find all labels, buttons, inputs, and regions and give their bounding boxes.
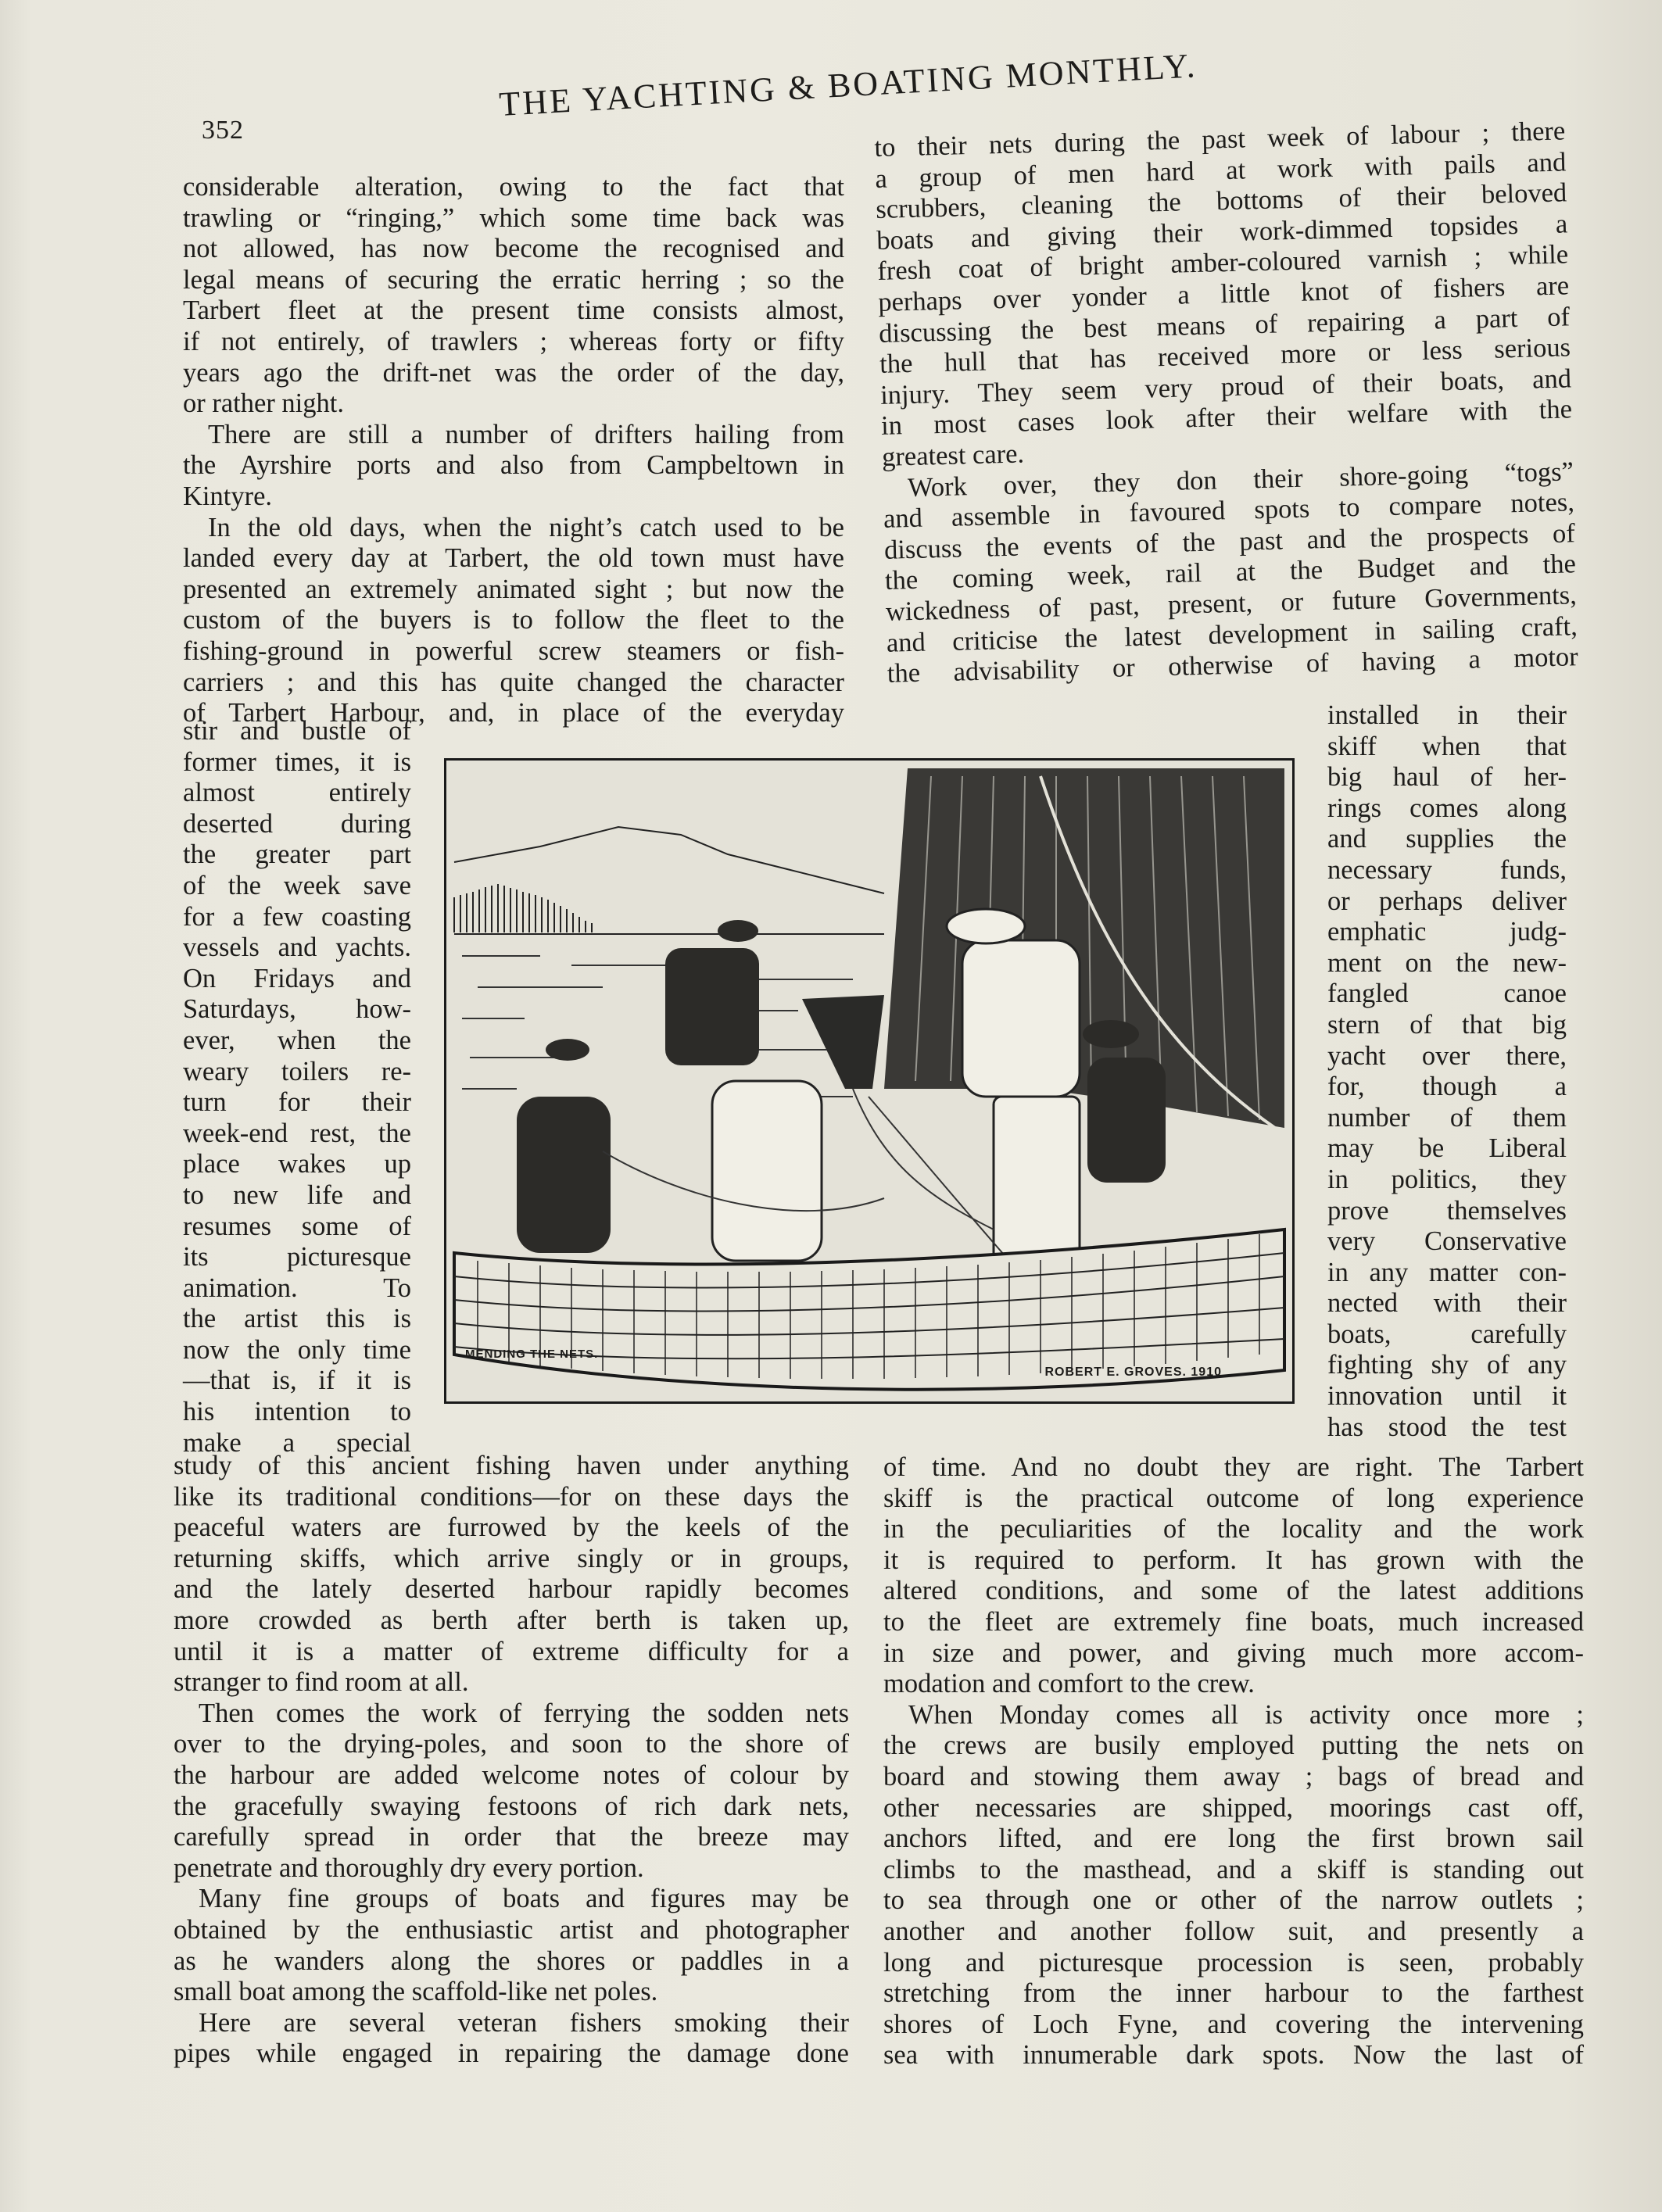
- text-line: the greater part: [183, 839, 411, 871]
- text-line: resumes some of: [183, 1212, 411, 1243]
- artist-signature: ROBERT E. GROVES. 1910: [1044, 1365, 1222, 1380]
- text-line: number of them: [1327, 1103, 1567, 1134]
- text-line: small boat among the scaffold-like net p…: [174, 1977, 849, 2008]
- text-line: penetrate and thoroughly dry every porti…: [174, 1853, 849, 1884]
- text-line: very Conservative: [1327, 1226, 1567, 1258]
- text-line: the gracefully swaying festoons of rich …: [174, 1791, 849, 1823]
- text-line: turn for their: [183, 1087, 411, 1119]
- text-line: may be Liberal: [1327, 1133, 1567, 1165]
- text-line: and the lately deserted harbour rapidly …: [174, 1574, 849, 1605]
- text-line: almost entirely: [183, 778, 411, 809]
- text-line: ment on the new-: [1327, 948, 1567, 979]
- text-line: for, though a: [1327, 1072, 1567, 1103]
- text-line: ever, when the: [183, 1025, 411, 1057]
- text-line: deserted during: [183, 809, 411, 840]
- boat-drawing-icon: [446, 761, 1292, 1401]
- text-line: the artist this is: [183, 1304, 411, 1335]
- text-line: anchors lifted, and ere long the first b…: [883, 1824, 1584, 1855]
- text-line: pipes while engaged in repairing the dam…: [174, 2038, 849, 2070]
- text-line: sea with innumerable dark spots. Now the…: [883, 2040, 1584, 2071]
- text-line: or rather night.: [183, 388, 844, 420]
- right-column-top: to their nets during the past week of la…: [874, 116, 1578, 689]
- text-line: carefully spread in order that the breez…: [174, 1822, 849, 1853]
- right-column-bottom: of time. And no doubt they are right. Th…: [883, 1452, 1584, 2071]
- right-column-wrap: installed in theirskiff when thatbig hau…: [1327, 700, 1567, 1443]
- text-line: stern of that big: [1327, 1010, 1567, 1041]
- text-line: of the week save: [183, 871, 411, 902]
- text-line: or perhaps deliver: [1327, 886, 1567, 918]
- left-column-wrap: stir and bustle offormer times, it isalm…: [183, 716, 411, 1459]
- text-line: custom of the buyers is to follow the fl…: [183, 605, 844, 636]
- text-line: There are still a number of drifters hai…: [183, 420, 844, 451]
- text-line: study of this ancient fishing haven unde…: [174, 1451, 849, 1482]
- text-line: returning skiffs, which arrive singly or…: [174, 1544, 849, 1575]
- text-line: in any matter con-: [1327, 1258, 1567, 1289]
- text-line: until it is a matter of extreme difficul…: [174, 1637, 849, 1668]
- text-line: Saturdays, how-: [183, 994, 411, 1025]
- text-line: fishing-ground in powerful screw steamer…: [183, 636, 844, 668]
- text-line: weary toilers re-: [183, 1057, 411, 1088]
- text-line: necessary funds,: [1327, 855, 1567, 886]
- text-line: other necessaries are shipped, moorings …: [883, 1793, 1584, 1824]
- text-line: long and picturesque procession is seen,…: [883, 1948, 1584, 1979]
- text-line: When Monday comes all is activity once m…: [883, 1700, 1584, 1731]
- text-line: board and stowing them away ; bags of br…: [883, 1762, 1584, 1793]
- text-line: rings comes along: [1327, 793, 1567, 825]
- text-line: legal means of securing the erratic herr…: [183, 265, 844, 296]
- illustration-caption: MENDING THE NETS.: [465, 1348, 598, 1361]
- text-line: if not entirely, of trawlers ; whereas f…: [183, 327, 844, 358]
- text-line: as he wanders along the shores or paddle…: [174, 1946, 849, 1978]
- text-line: place wakes up: [183, 1149, 411, 1180]
- text-line: In the old days, when the night’s catch …: [183, 513, 844, 544]
- text-line: former times, it is: [183, 747, 411, 778]
- text-line: Kintyre.: [183, 481, 844, 513]
- text-line: Here are several veteran fishers smoking…: [174, 2008, 849, 2039]
- text-line: week-end rest, the: [183, 1119, 411, 1150]
- text-line: climbs to the masthead, and a skiff is s…: [883, 1855, 1584, 1886]
- text-line: of time. And no doubt they are right. Th…: [883, 1452, 1584, 1484]
- text-line: animation. To: [183, 1273, 411, 1305]
- text-line: landed every day at Tarbert, the old tow…: [183, 543, 844, 574]
- magazine-page: 352 THE YACHTING & BOATING MONTHLY. cons…: [0, 0, 1662, 2212]
- text-line: peaceful waters are furrowed by the keel…: [174, 1512, 849, 1544]
- text-line: like its traditional conditions—for on t…: [174, 1482, 849, 1513]
- text-line: carriers ; and this has quite changed th…: [183, 668, 844, 699]
- text-line: shores of Loch Fyne, and covering the in…: [883, 2010, 1584, 2041]
- text-line: skiff when that: [1327, 732, 1567, 763]
- page-number: 352: [202, 116, 244, 145]
- text-line: boats, carefully: [1327, 1319, 1567, 1351]
- text-line: Then comes the work of ferrying the sodd…: [174, 1698, 849, 1730]
- text-line: innovation until it: [1327, 1381, 1567, 1412]
- illustration-mending-nets: MENDING THE NETS. ROBERT E. GROVES. 1910: [444, 758, 1295, 1404]
- text-line: nected with their: [1327, 1288, 1567, 1319]
- text-line: to sea through one or other of the narro…: [883, 1885, 1584, 1917]
- text-line: over to the drying-poles, and soon to th…: [174, 1729, 849, 1760]
- text-line: and supplies the: [1327, 824, 1567, 855]
- text-line: it is required to perform. It has grown …: [883, 1545, 1584, 1577]
- left-column-bottom: study of this ancient fishing haven unde…: [174, 1451, 849, 2070]
- text-line: vessels and yachts.: [183, 932, 411, 964]
- text-line: its picturesque: [183, 1242, 411, 1273]
- text-line: not allowed, has now become the recognis…: [183, 234, 844, 265]
- text-line: trawling or “ringing,” which some time b…: [183, 203, 844, 234]
- running-head: THE YACHTING & BOATING MONTHLY.: [498, 42, 1249, 124]
- text-line: altered conditions, and some of the late…: [883, 1576, 1584, 1607]
- left-column-top: considerable alteration, owing to the fa…: [183, 172, 844, 729]
- text-line: Tarbert fleet at the present time consis…: [183, 295, 844, 327]
- text-line: installed in their: [1327, 700, 1567, 732]
- text-line: skiff is the practical outcome of long e…: [883, 1484, 1584, 1515]
- text-line: to new life and: [183, 1180, 411, 1212]
- text-line: Many fine groups of boats and figures ma…: [174, 1884, 849, 1915]
- text-line: another and another follow suit, and pre…: [883, 1917, 1584, 1948]
- text-line: prove themselves: [1327, 1196, 1567, 1227]
- text-line: in the peculiarities of the locality and…: [883, 1514, 1584, 1545]
- text-line: fangled canoe: [1327, 979, 1567, 1010]
- text-line: presented an extremely animated sight ; …: [183, 574, 844, 606]
- text-line: years ago the drift-net was the order of…: [183, 358, 844, 389]
- text-line: to the fleet are extremely fine boats, m…: [883, 1607, 1584, 1638]
- text-line: considerable alteration, owing to the fa…: [183, 172, 844, 203]
- text-line: yacht over there,: [1327, 1041, 1567, 1072]
- text-line: —that is, if it is: [183, 1365, 411, 1397]
- text-line: in politics, they: [1327, 1165, 1567, 1196]
- text-line: the harbour are added welcome notes of c…: [174, 1760, 849, 1791]
- text-line: now the only time: [183, 1335, 411, 1366]
- text-line: more crowded as berth after berth is tak…: [174, 1605, 849, 1637]
- text-line: for a few coasting: [183, 902, 411, 933]
- text-line: the Ayrshire ports and also from Campbel…: [183, 450, 844, 481]
- text-line: big haul of her-: [1327, 762, 1567, 793]
- text-line: has stood the test: [1327, 1412, 1567, 1444]
- text-line: the crews are busily employed putting th…: [883, 1731, 1584, 1762]
- text-line: On Fridays and: [183, 964, 411, 995]
- text-line: his intention to: [183, 1397, 411, 1428]
- text-line: fighting shy of any: [1327, 1350, 1567, 1381]
- text-line: stranger to find room at all.: [174, 1667, 849, 1698]
- text-line: stretching from the inner harbour to the…: [883, 1978, 1584, 2010]
- text-line: obtained by the enthusiastic artist and …: [174, 1915, 849, 1946]
- text-line: in size and power, and giving much more …: [883, 1638, 1584, 1670]
- text-line: stir and bustle of: [183, 716, 411, 747]
- text-line: modation and comfort to the crew.: [883, 1669, 1584, 1700]
- text-line: emphatic judg-: [1327, 917, 1567, 948]
